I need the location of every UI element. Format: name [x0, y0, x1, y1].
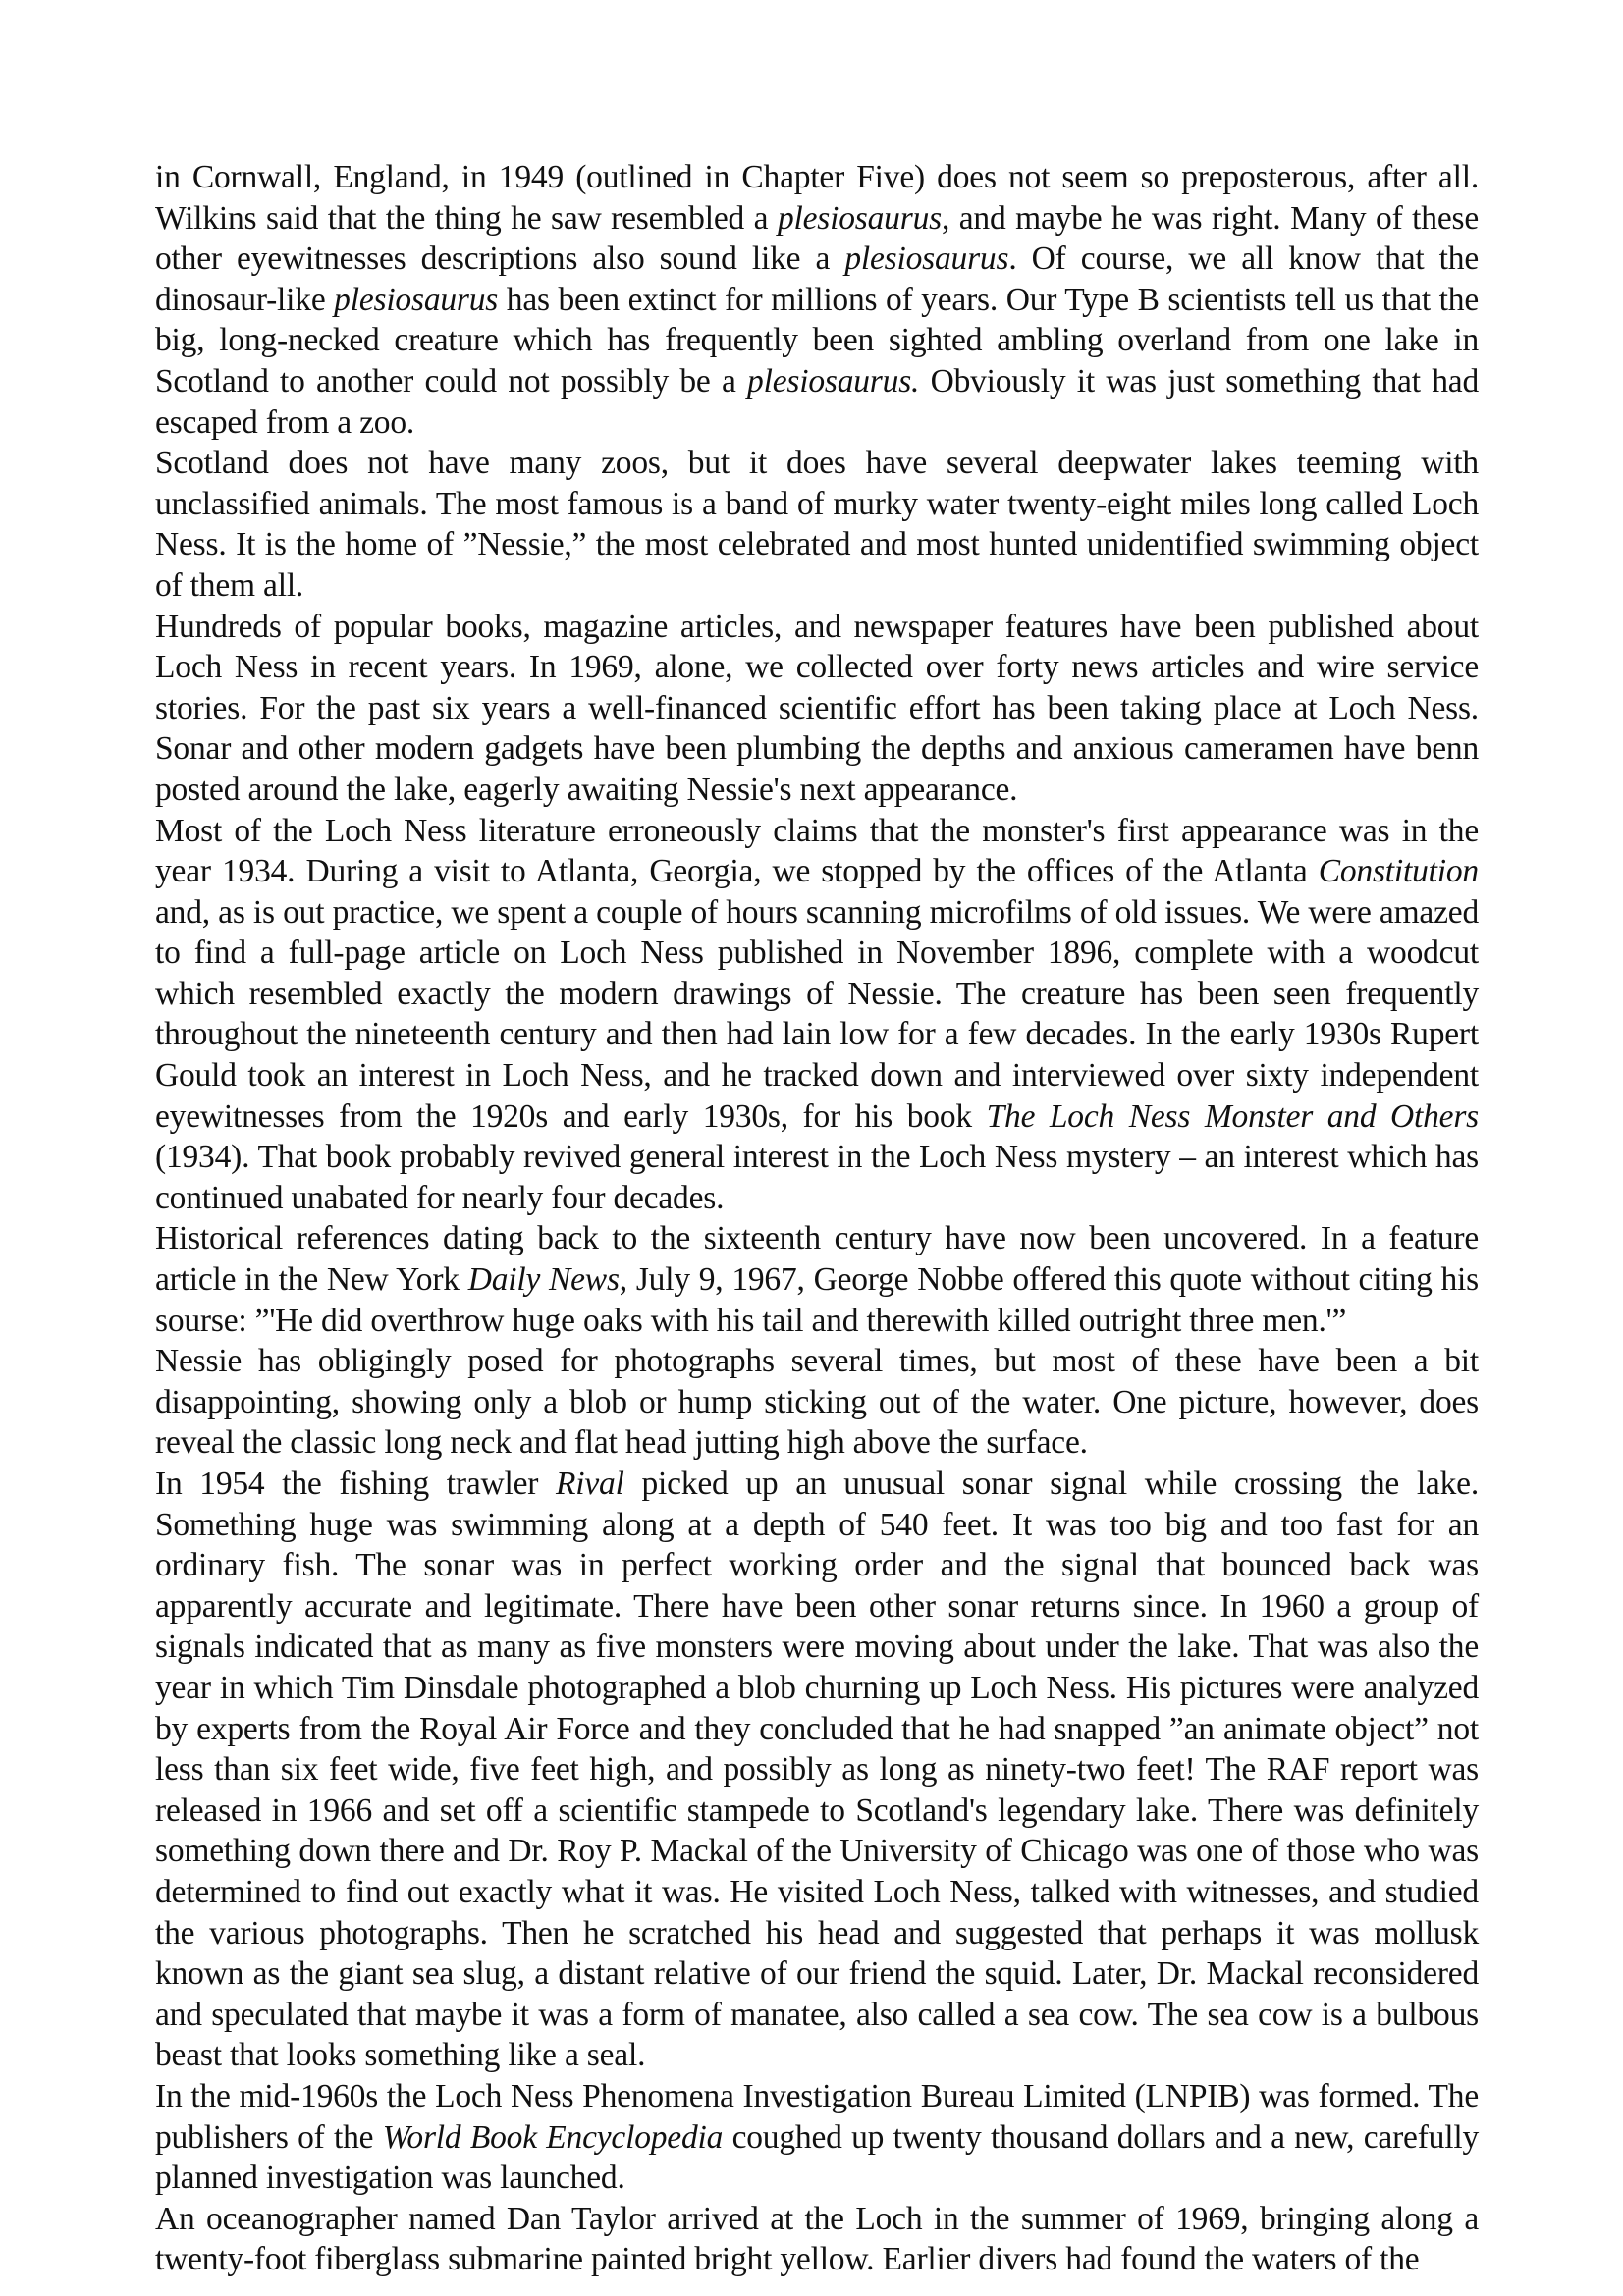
italic-newspaper-title: Daily News	[468, 1261, 620, 1298]
text-segment: picked up an unusual sonar signal while …	[155, 1466, 1479, 2073]
italic-newspaper-title: Constitution	[1319, 853, 1479, 889]
text-segment: Most of the Loch Ness literature erroneo…	[155, 813, 1479, 890]
text-segment: Nessie has obligingly posed for photogra…	[155, 1343, 1479, 1461]
paragraph: in Cornwall, England, in 1949 (outlined …	[155, 157, 1479, 443]
text-segment: Scotland does not have many zoos, but it…	[155, 445, 1479, 604]
italic-book-title: The Loch Ness Monster and Others	[987, 1098, 1479, 1135]
paragraph: In the mid-1960s the Loch Ness Phenomena…	[155, 2076, 1479, 2199]
italic-term: plesiosaurus	[844, 240, 1008, 277]
italic-book-title: World Book Encyclopedia	[383, 2119, 723, 2156]
text-segment: An oceanographer named Dan Taylor arrive…	[155, 2201, 1479, 2278]
paragraph: In 1954 the fishing trawler Rival picked…	[155, 1464, 1479, 2076]
paragraph: Nessie has obligingly posed for photogra…	[155, 1341, 1479, 1464]
paragraph: Historical references dating back to the…	[155, 1218, 1479, 1341]
paragraph: An oceanographer named Dan Taylor arrive…	[155, 2199, 1479, 2280]
italic-term: plesiosaurus.	[747, 363, 919, 400]
text-segment: (1934). That book probably revived gener…	[155, 1139, 1479, 1216]
italic-term: plesiosaurus	[334, 282, 498, 318]
paragraph: Most of the Loch Ness literature erroneo…	[155, 811, 1479, 1219]
document-page: in Cornwall, England, in 1949 (outlined …	[155, 157, 1479, 2280]
text-segment: Hundreds of popular books, magazine arti…	[155, 609, 1479, 808]
paragraph: Scotland does not have many zoos, but it…	[155, 443, 1479, 606]
italic-ship-name: Rival	[556, 1466, 624, 1502]
italic-term: plesiosaurus	[778, 200, 942, 237]
paragraph: Hundreds of popular books, magazine arti…	[155, 607, 1479, 811]
text-segment: In 1954 the fishing trawler	[155, 1466, 556, 1502]
